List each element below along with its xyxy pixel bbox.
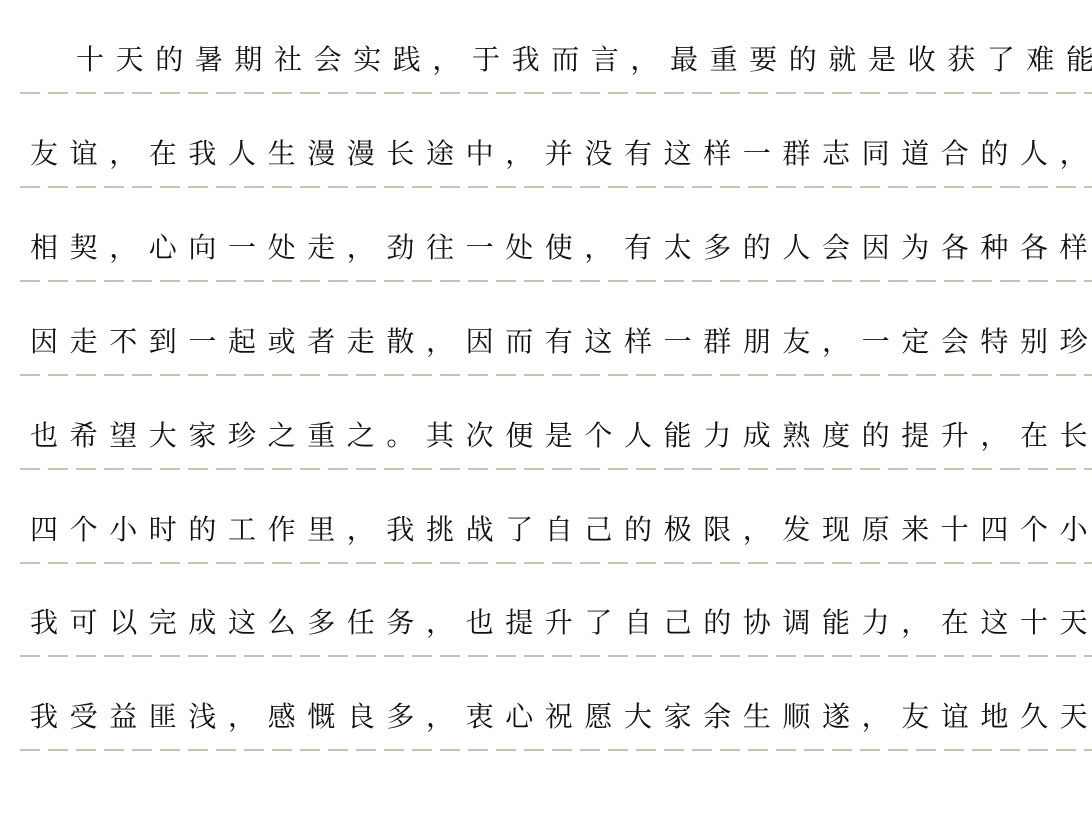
paragraph-line-6: 四个小时的工作里，我挑战了自己的极限，发现原来十四个小时里 bbox=[0, 470, 1092, 564]
line-text: 四个小时的工作里，我挑战了自己的极限，发现原来十四个小时里 bbox=[30, 510, 1092, 550]
paragraph-line-1: 十天的暑期社会实践，于我而言，最重要的就是收获了难能可贵的 bbox=[0, 0, 1092, 94]
line-text: 友谊，在我人生漫漫长途中，并没有这样一群志同道合的人，性格 bbox=[30, 134, 1092, 174]
paragraph-line-3: 相契，心向一处走，劲往一处使，有太多的人会因为各种各样的原 bbox=[0, 188, 1092, 282]
line-text: 也希望大家珍之重之。其次便是个人能力成熟度的提升，在长达十 bbox=[30, 416, 1092, 456]
dashed-rule bbox=[20, 749, 1092, 751]
line-text: 我可以完成这么多任务，也提升了自己的协调能力，在这十天里， bbox=[30, 603, 1092, 643]
line-text: 我受益匪浅，感慨良多，衷心祝愿大家余生顺遂，友谊地久天长！ bbox=[30, 697, 1092, 737]
paragraph-line-2: 友谊，在我人生漫漫长途中，并没有这样一群志同道合的人，性格 bbox=[0, 94, 1092, 188]
line-text: 因走不到一起或者走散，因而有这样一群朋友，一定会特别珍惜， bbox=[30, 322, 1092, 362]
line-text: 十天的暑期社会实践，于我而言，最重要的就是收获了难能可贵的 bbox=[76, 40, 1092, 80]
line-text: 相契，心向一处走，劲往一处使，有太多的人会因为各种各样的原 bbox=[30, 228, 1092, 268]
paragraph-line-7: 我可以完成这么多任务，也提升了自己的协调能力，在这十天里， bbox=[0, 563, 1092, 657]
paragraph-line-4: 因走不到一起或者走散，因而有这样一群朋友，一定会特别珍惜， bbox=[0, 282, 1092, 376]
lined-paper-page: 十天的暑期社会实践，于我而言，最重要的就是收获了难能可贵的 友谊，在我人生漫漫长… bbox=[0, 0, 1092, 816]
paragraph-line-8: 我受益匪浅，感慨良多，衷心祝愿大家余生顺遂，友谊地久天长！ bbox=[0, 657, 1092, 751]
paragraph-line-5: 也希望大家珍之重之。其次便是个人能力成熟度的提升，在长达十 bbox=[0, 376, 1092, 470]
